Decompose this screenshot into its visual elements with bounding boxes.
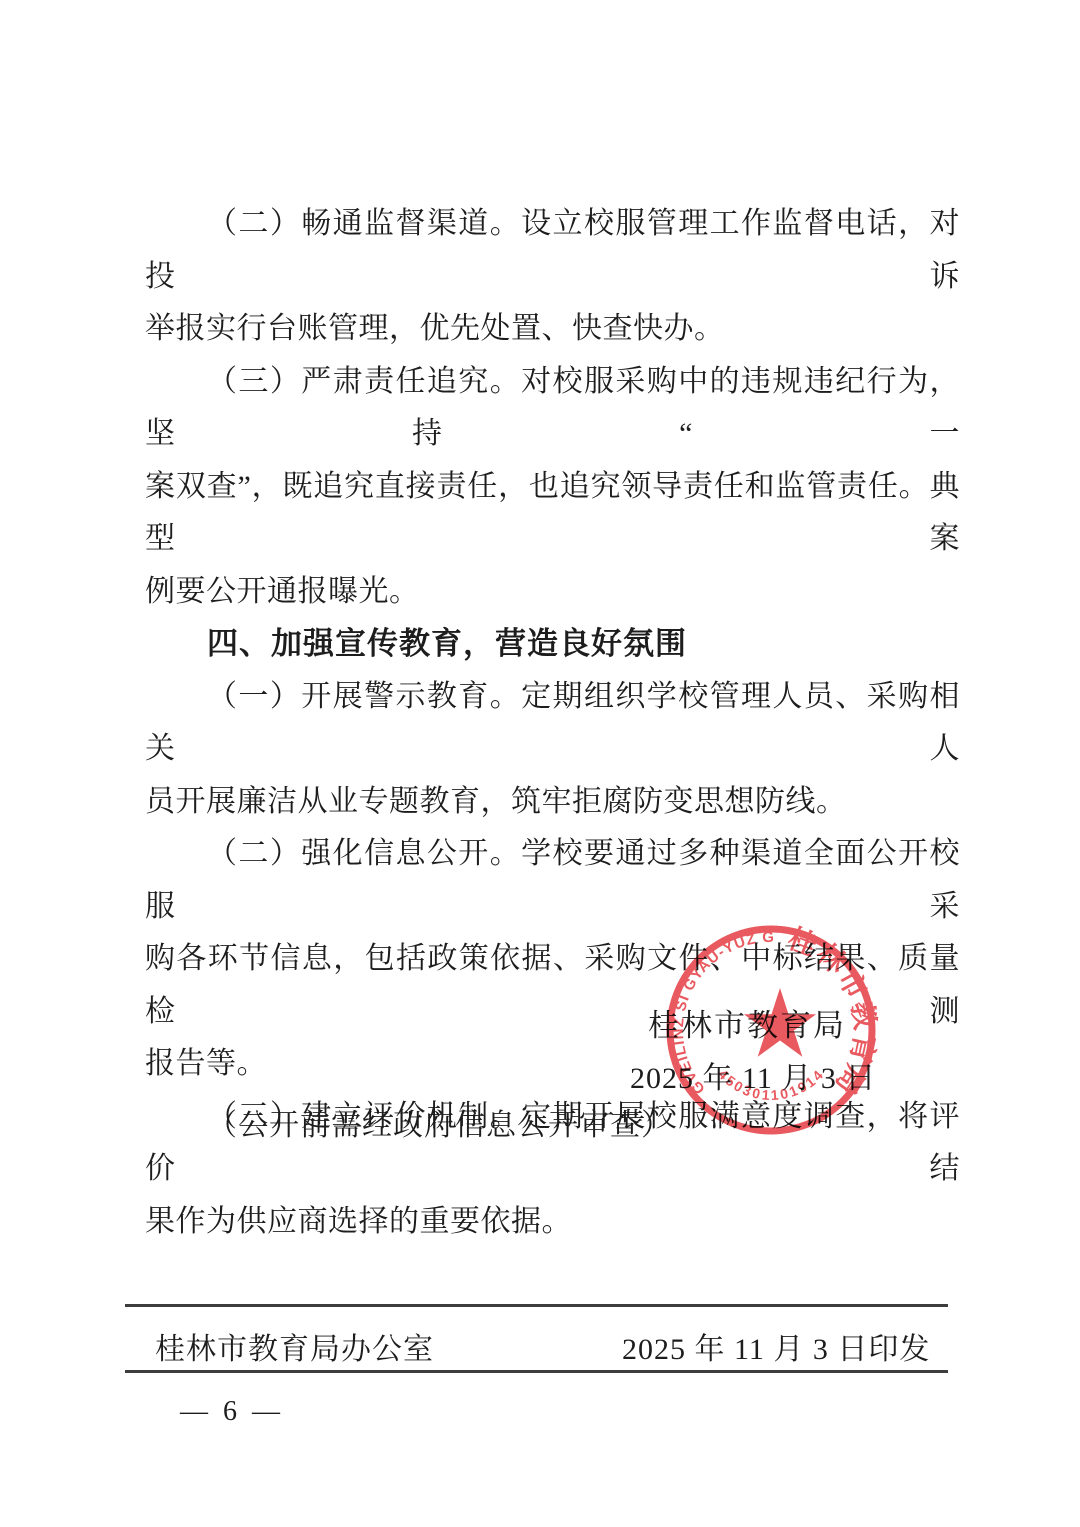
footer-divider-bottom — [125, 1370, 948, 1373]
seal-latin-ring-text: GVEILINZ SI GYAU-YUZ GIZ — [640, 888, 775, 1097]
public-review-note: （公开前需经政府信息公开审查） — [207, 1100, 672, 1144]
section-heading: 四、加强宣传教育，营造良好氛围 — [145, 618, 960, 671]
seal-chinese-ring-text: 桂林市教育局 — [784, 923, 882, 1101]
official-seal-stamp: GVEILINZ SI GYAU-YUZ GIZ 桂林市教育局 45030110… — [640, 888, 920, 1178]
body-line: 举报实行台账管理，优先处置、快查快办。 — [145, 303, 960, 356]
page-number: — 6 — — [180, 1396, 284, 1428]
body-line: 案双查”，既追究直接责任，也追究领导责任和监管责任。典型案 — [145, 461, 960, 566]
body-line: 果作为供应商选择的重要依据。 — [145, 1196, 960, 1249]
footer-divider-top — [125, 1304, 948, 1307]
document-page: （二）畅通监督渠道。设立校服管理工作监督电话，对投诉 举报实行台账管理，优先处置… — [0, 0, 1080, 1527]
body-line: 员开展廉洁从业专题教育，筑牢拒腐防变思想防线。 — [145, 776, 960, 829]
seal-code-number: 4503011019140 — [640, 888, 828, 1103]
body-line: （一）开展警示教育。定期组织学校管理人员、采购相关人 — [145, 671, 960, 776]
body-line: （三）严肃责任追究。对校服采购中的违规违纪行为，坚持“一 — [145, 356, 960, 461]
footer-print-date: 2025 年 11 月 3 日印发 — [622, 1324, 930, 1368]
body-line: 例要公开通报曝光。 — [145, 566, 960, 619]
star-icon — [744, 988, 816, 1057]
body-line: （二）畅通监督渠道。设立校服管理工作监督电话，对投诉 — [145, 198, 960, 303]
footer-issuing-office: 桂林市教育局办公室 — [155, 1324, 434, 1368]
